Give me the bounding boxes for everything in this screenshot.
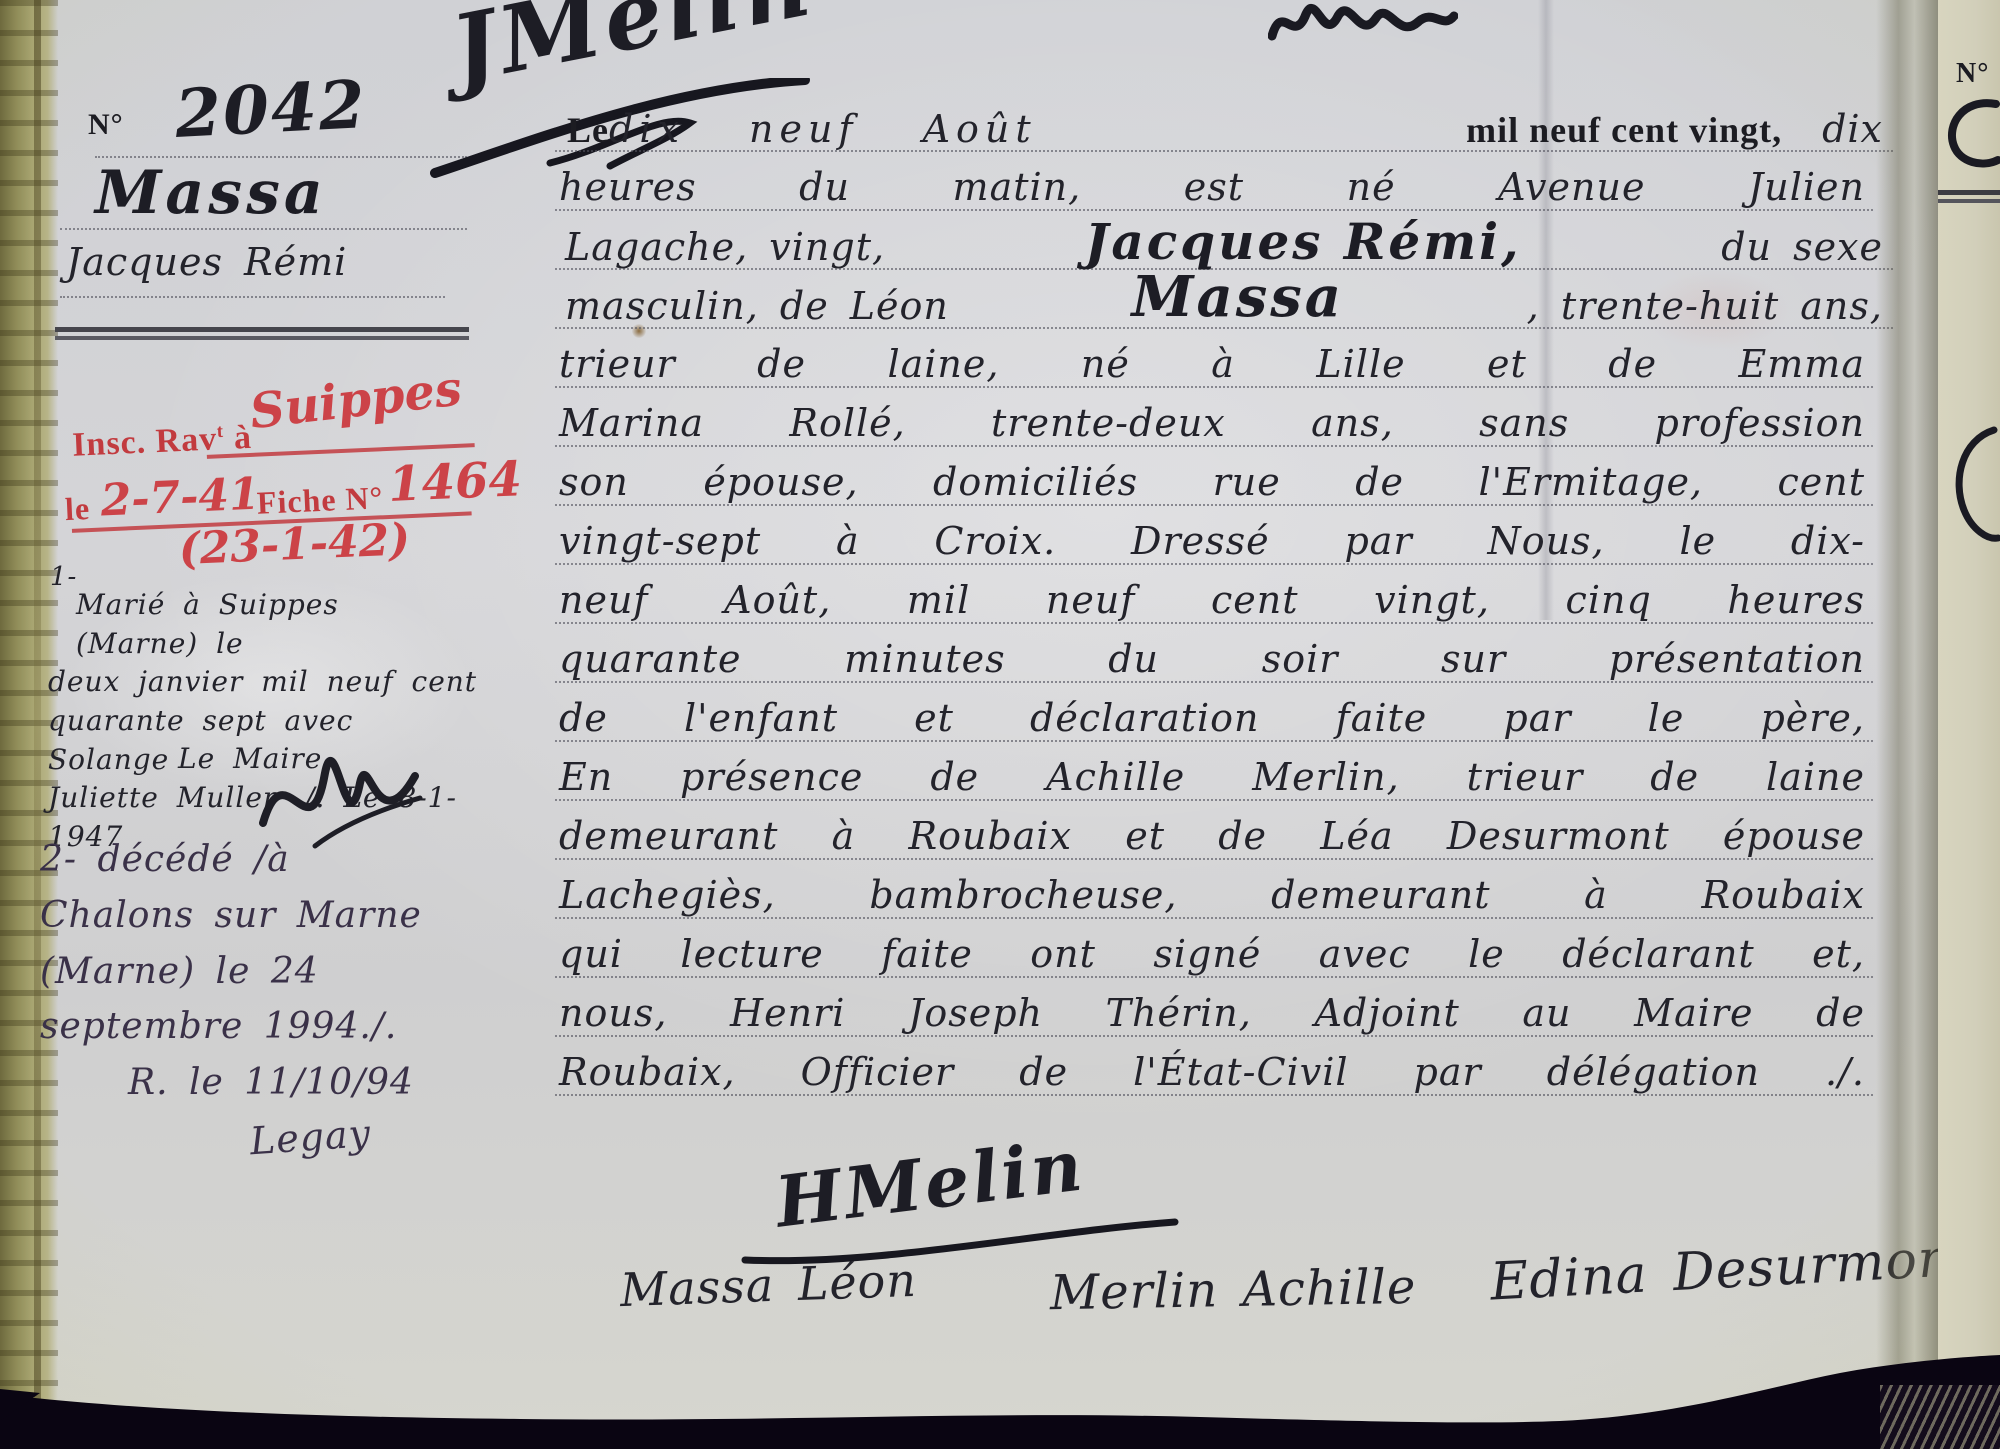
margin-double-rule-bottom [55, 336, 469, 340]
printed-le: Le [567, 112, 609, 150]
father-surname-highlight: Massa [1131, 268, 1344, 327]
act-line-11-text: de l'enfant et déclaration faite par le … [555, 699, 1873, 740]
act-line-2: heures du matin, est né Avenue Julien [555, 150, 1873, 211]
act-line-8-text: vingt-sept à Croix. Dressé par Nous, le … [555, 522, 1873, 563]
death-note-line3: (Marne) le 24 [40, 944, 500, 1000]
act-line-17: Roubaix, Officier de l'État-Civil par dé… [555, 1035, 1873, 1096]
act-line-12: En présence de Achille Merlin, trieur de… [555, 740, 1873, 801]
top-right-handwriting-flourish [1268, 0, 1458, 58]
next-page-flourish-1 [1942, 96, 2000, 176]
death-note: 2- décédé /à Chalons sur Marne (Marne) l… [40, 832, 500, 1170]
child-given-names: Jacques Rémi [66, 240, 347, 284]
act-line-17-text: Roubaix, Officier de l'État-Civil par dé… [555, 1053, 1873, 1094]
act-line-8: vingt-sept à Croix. Dressé par Nous, le … [555, 504, 1873, 565]
witness1-signature: Merlin Achille [1050, 1259, 1417, 1321]
act-line-13-text: demeurant à Roubaix et de Léa Desurmont … [555, 817, 1873, 858]
declarant-signature: Massa Léon [619, 1253, 918, 1317]
act-number-label: N° [88, 108, 124, 142]
act-line-6-text: Marina Rollé, trente-deux ans, sans prof… [555, 404, 1873, 445]
death-note-line1: 2- décédé /à [40, 832, 500, 888]
next-page-rule-2 [1938, 199, 2000, 203]
act-line-2-text: heures du matin, est né Avenue Julien [555, 168, 1873, 209]
marriage-note-line1: Marié à Suippes (Marne) le [48, 586, 478, 663]
printed-year: mil neuf cent vingt, [1466, 112, 1782, 150]
stamp-fiche-number: 1464 [387, 451, 523, 513]
act-line-4a: masculin, de Léon [565, 287, 949, 327]
act-line-10-text: quarante minutes du soir sur présentatio… [555, 640, 1873, 681]
act-line-10: quarante minutes du soir sur présentatio… [555, 622, 1873, 683]
act-line-15: qui lecture faite ont signé avec le décl… [555, 917, 1873, 978]
next-page-rule-1 [1938, 190, 2000, 195]
act-line-13: demeurant à Roubaix et de Léa Desurmont … [555, 799, 1873, 860]
death-note-line2: Chalons sur Marne [40, 888, 500, 944]
act-line-1: Le dix neuf Août mil neuf cent vingt, di… [555, 91, 1893, 152]
act-line-5-text: trieur de laine, né à Lille et de Emma [555, 345, 1873, 386]
act-line-16: nous, Henri Joseph Thérin, Adjoint au Ma… [555, 976, 1873, 1037]
act-line-9: neuf Août, mil neuf cent vingt, cinq heu… [555, 563, 1873, 624]
act-line-3: Lagache, vingt, Jacques Rémi, du sexe [555, 209, 1893, 270]
hw-birth-date: dix neuf Août [609, 110, 1037, 150]
act-number-value: 2042 [173, 65, 369, 153]
act-line-16-text: nous, Henri Joseph Thérin, Adjoint au Ma… [555, 994, 1873, 1035]
stamp-date-2: (23-1-42) [178, 514, 411, 575]
death-note-line4: septembre 1994./. [40, 999, 500, 1055]
act-line-3a: Lagache, vingt, [565, 228, 885, 268]
act-line-4: masculin, de Léon Massa , trente-huit an… [555, 268, 1893, 329]
binding-streak [34, 0, 41, 1449]
act-text-block: Le dix neuf Août mil neuf cent vingt, di… [555, 91, 1873, 1101]
hw-hour-word: dix [1822, 110, 1883, 150]
margin-double-rule-top [55, 327, 469, 332]
rationing-stamp: Insc. Ravt à Suippes le 2-7-41 Fiche N° … [54, 377, 492, 586]
act-line-5: trieur de laine, né à Lille et de Emma [555, 327, 1873, 388]
table-shadow-bottom-edge [0, 1329, 2000, 1449]
stamp-date-1: 2-7-41 [100, 469, 261, 527]
margin-rule-3 [60, 296, 445, 298]
act-line-6: Marina Rollé, trente-deux ans, sans prof… [555, 386, 1873, 447]
act-line-15-text: qui lecture faite ont signé avec le décl… [555, 935, 1873, 976]
act-line-7-text: son épouse, domiciliés rue de l'Ermitage… [555, 463, 1873, 504]
act-line-9-text: neuf Août, mil neuf cent vingt, cinq heu… [555, 581, 1873, 622]
act-line-3b: du sexe [1721, 228, 1883, 268]
next-page-flourish-2 [1944, 420, 2000, 550]
act-line-14-text: Lachegiès, bambrocheuse, demeurant à Rou… [555, 876, 1873, 917]
margin-rule-2 [60, 228, 467, 230]
birth-record-page: N° 2042 Massa Jacques Rémi Insc. Ravt à … [0, 0, 2000, 1449]
act-line-4b: , trente-huit ans, [1527, 287, 1883, 327]
stamp-label-le: le [64, 490, 91, 528]
stamp-place: Suippes [247, 360, 464, 440]
child-surname: Massa [95, 158, 327, 228]
act-line-12-text: En présence de Achille Merlin, trieur de… [555, 758, 1873, 799]
marriage-note-line2: deux janvier mil neuf cent [48, 663, 478, 702]
next-page-sliver: N° [1938, 0, 2000, 1449]
act-line-11: de l'enfant et déclaration faite par le … [555, 681, 1873, 742]
child-name-highlight: Jacques Rémi, [1085, 216, 1522, 269]
act-line-14: Lachegiès, bambrocheuse, demeurant à Rou… [555, 858, 1873, 919]
book-page-edges-texture [1880, 1385, 2000, 1449]
next-page-number-label: N° [1956, 58, 1989, 90]
page-gutter-shadow [1876, 0, 1940, 1449]
act-line-7: son épouse, domiciliés rue de l'Ermitage… [555, 445, 1873, 506]
